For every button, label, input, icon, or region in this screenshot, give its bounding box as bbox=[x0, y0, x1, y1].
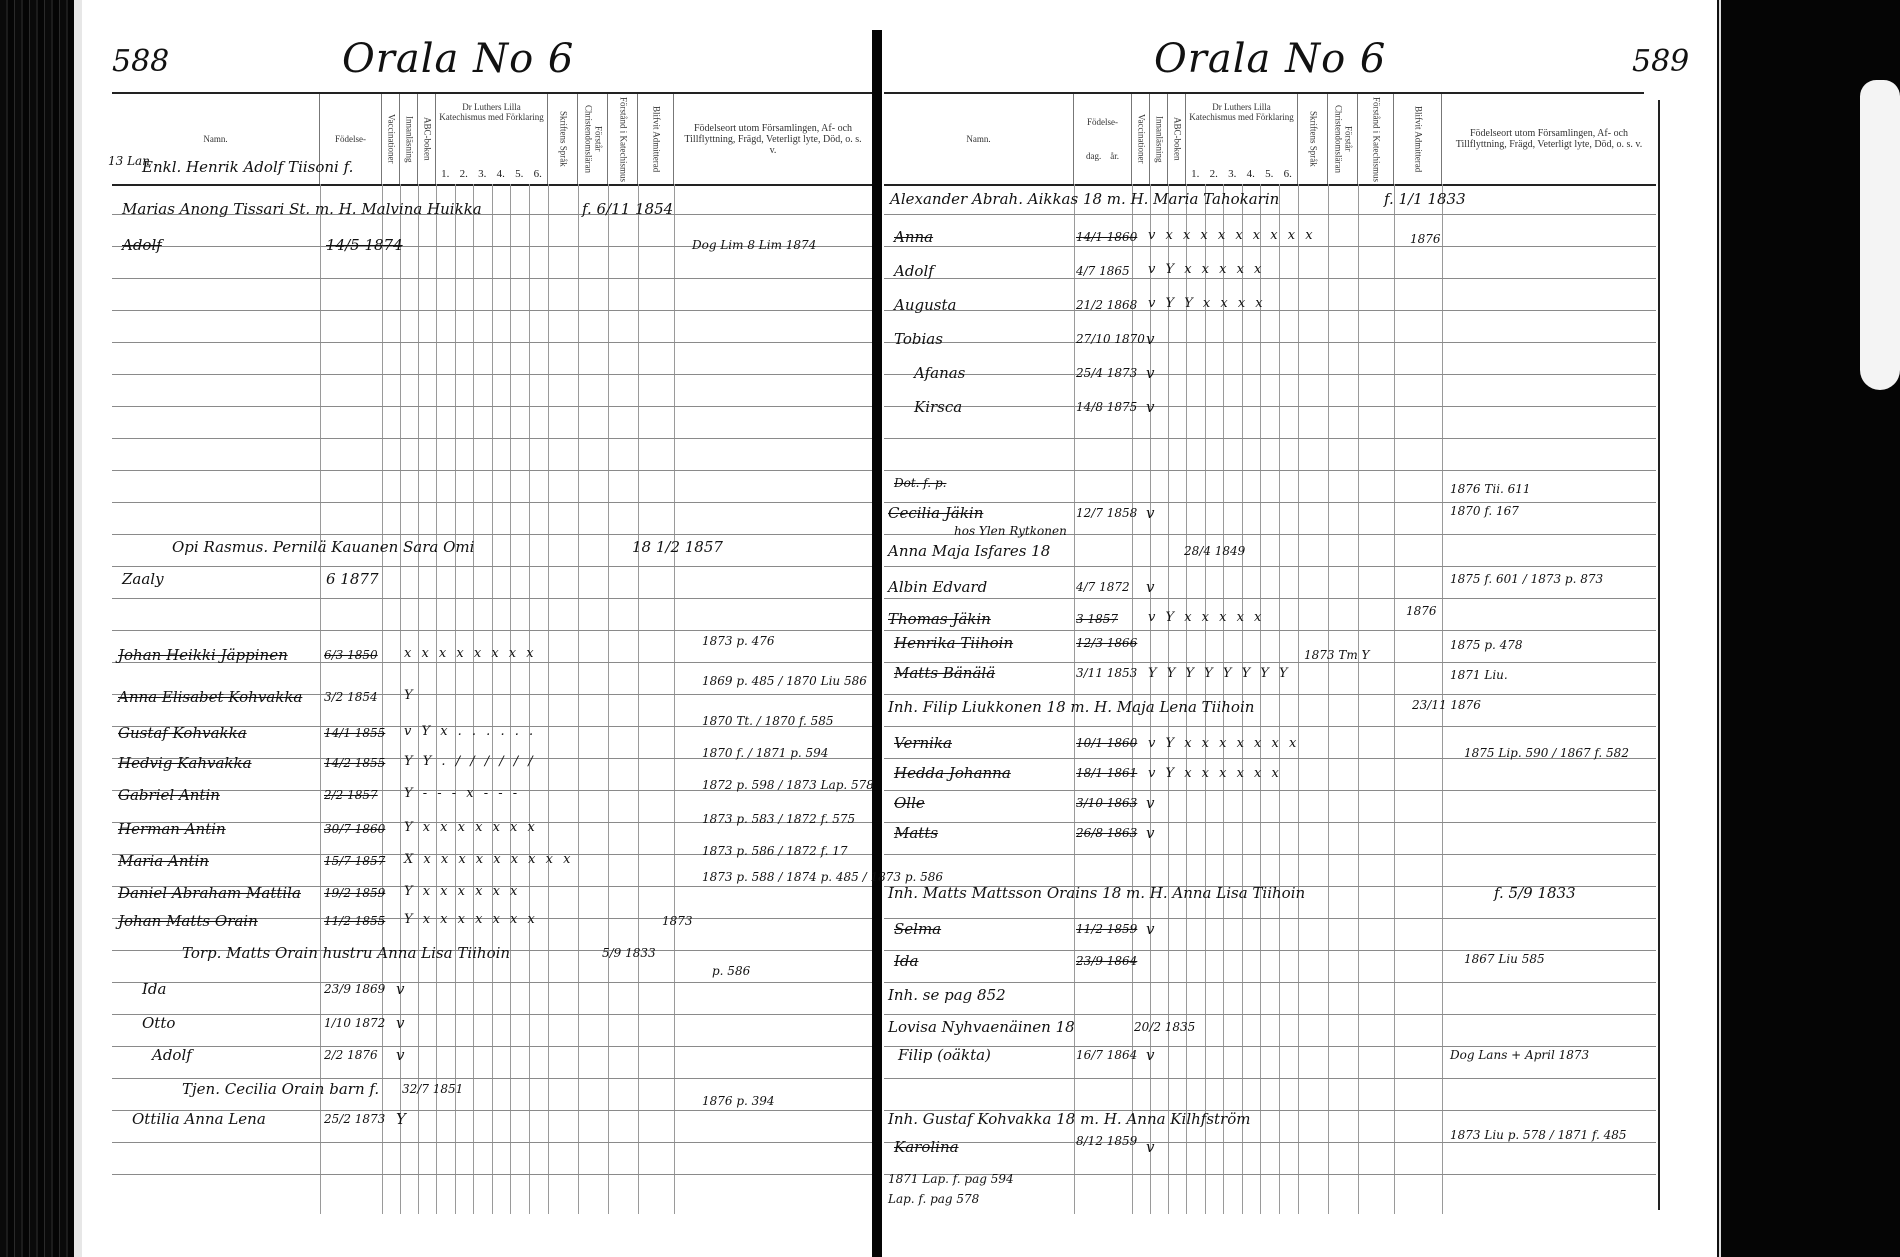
header-communion-label: Förstånd i Katechismus bbox=[618, 97, 628, 182]
entry-name: Thomas Jäkin bbox=[888, 610, 991, 628]
row-rule bbox=[112, 438, 872, 439]
row-rule bbox=[112, 1014, 872, 1015]
entry-marks: v bbox=[1146, 1046, 1154, 1064]
header-christianity: Förstår Christendomsläran bbox=[1328, 94, 1358, 184]
header-birth-day: dag. bbox=[1086, 151, 1101, 161]
header-admitted-label: Blifvit Admitterad bbox=[651, 106, 661, 172]
catechism-num: 3. bbox=[478, 168, 486, 180]
entry-name: Adolf bbox=[894, 262, 934, 280]
entry-birth: 10/1 1860 bbox=[1076, 736, 1137, 750]
entry-name: Olle bbox=[894, 794, 925, 812]
entry-name: Adolf bbox=[152, 1046, 192, 1064]
entry-birth: f. 1/1 1833 bbox=[1384, 190, 1466, 208]
header-birth-label: Födelse- bbox=[335, 134, 366, 144]
page-number-left: 588 bbox=[112, 44, 169, 79]
catechism-num: 1. bbox=[1191, 168, 1199, 180]
entry-birth: 1/10 1872 bbox=[324, 1016, 385, 1030]
grid-line bbox=[608, 184, 609, 1214]
entry-marks: Y bbox=[396, 1110, 406, 1128]
entry-name: Johan Matts Orain bbox=[118, 912, 258, 930]
entry-name: Opi Rasmus. Pernilä Kauanen Sara Omi bbox=[172, 538, 474, 556]
entry-name: Maria Antin bbox=[118, 852, 209, 870]
entry-name: Cecilia Jäkin bbox=[888, 504, 983, 522]
entry-notes: Dog Lans + April 1873 bbox=[1450, 1048, 1589, 1062]
entry-name: Marias Anong Tissari St. m. H. Malvina H… bbox=[122, 200, 482, 218]
entry-name: Matts Bänälä bbox=[894, 664, 995, 682]
entry-marks: v bbox=[1146, 578, 1154, 596]
row-rule bbox=[884, 726, 1656, 727]
header-notes: Födelseort utom Församlingen, Af- och Ti… bbox=[1442, 94, 1656, 184]
row-rule bbox=[884, 278, 1656, 279]
entry-marks: v bbox=[1146, 504, 1154, 522]
grid-line bbox=[382, 184, 383, 1214]
header-catechism-label: Dr Luthers Lilla Katechismus med Förklar… bbox=[438, 102, 545, 122]
header-written-language: Skriftens Språk bbox=[548, 94, 578, 184]
entry-birth: 2/2 1857 bbox=[324, 788, 378, 802]
entry-notes: 1873 bbox=[662, 914, 693, 928]
header-communion: Förstånd i Katechismus bbox=[1358, 94, 1394, 184]
header-birth: Födelse- dag. år. bbox=[1074, 94, 1132, 184]
entry-name: Ottilia Anna Lena bbox=[132, 1110, 266, 1128]
entry-birth: 3 1857 bbox=[1076, 612, 1118, 626]
grid-line bbox=[578, 184, 579, 1214]
entry-notes: 1876 bbox=[1406, 604, 1437, 618]
row-rule bbox=[884, 246, 1656, 247]
entry-name: Matts bbox=[894, 824, 938, 842]
header-catechism: Dr Luthers Lilla Katechismus med Förklar… bbox=[436, 94, 548, 184]
entry-marks: Y - - - x - - - bbox=[404, 786, 520, 801]
entry-birth: 21/2 1868 bbox=[1076, 298, 1137, 312]
entry-name: Kirsca bbox=[914, 398, 962, 416]
entry-name: Hedda Johanna bbox=[894, 764, 1011, 782]
entry-notes: 1875 p. 478 bbox=[1450, 638, 1523, 652]
header-written-language: Skriftens Språk bbox=[1298, 94, 1328, 184]
entry-marks: v Y x x x x x x x bbox=[1148, 736, 1299, 751]
header-vaccinated: Vaccinationer bbox=[382, 94, 400, 184]
catechism-num: 4. bbox=[1247, 168, 1255, 180]
village-title-right: Orala No 6 bbox=[1154, 36, 1386, 82]
header-communion-label: Förstånd i Katechismus bbox=[1371, 97, 1381, 182]
grid-line bbox=[548, 184, 549, 1214]
entry-birth: 14/1 1855 bbox=[324, 726, 385, 740]
grid-line bbox=[436, 184, 437, 1214]
entry-aside: 1873 Tm Y bbox=[1304, 648, 1369, 662]
entry-name: Adolf bbox=[122, 236, 162, 254]
row-rule bbox=[112, 598, 872, 599]
entry-birth: 14/5 1874 bbox=[326, 236, 403, 254]
column-header-right: Namn. Födelse- dag. år. Vaccinationer In… bbox=[884, 94, 1656, 186]
header-abc-label: ABC-boken bbox=[1172, 117, 1182, 161]
entry-name: Selma bbox=[894, 920, 941, 938]
row-rule bbox=[112, 1078, 872, 1079]
scan-edge-left bbox=[0, 0, 74, 1257]
entry-birth: 25/4 1873 bbox=[1076, 366, 1137, 380]
entry-birth: 16/7 1864 bbox=[1076, 1048, 1137, 1062]
entry-name: Ida bbox=[142, 980, 166, 998]
row-rule bbox=[112, 534, 872, 535]
entry-notes: 1870 Tt. / 1870 f. 585 bbox=[702, 714, 834, 728]
row-rule bbox=[884, 662, 1656, 663]
row-rule bbox=[112, 278, 872, 279]
row-rule bbox=[884, 598, 1656, 599]
entry-name: Karolina bbox=[894, 1138, 959, 1156]
catechism-numbers: 1. 2. 3. 4. 5. 6. bbox=[436, 168, 547, 180]
row-rule bbox=[112, 566, 872, 567]
entry-marks: v Y x x x x x bbox=[1148, 262, 1264, 277]
row-rule bbox=[112, 406, 872, 407]
header-birth-year: år. bbox=[1110, 151, 1119, 161]
row-rule bbox=[112, 630, 872, 631]
entry-notes: 1867 Liu 585 bbox=[1464, 952, 1545, 966]
entry-birth: 11/2 1855 bbox=[324, 914, 385, 928]
row-rule bbox=[884, 694, 1656, 695]
grid-line bbox=[510, 184, 511, 1214]
entry-notes: 1876 bbox=[1410, 232, 1441, 246]
entry-name: Henrika Tiihoin bbox=[894, 634, 1013, 652]
entry-marks: v Y x x x x x bbox=[1148, 610, 1264, 625]
entry-name: Vernika bbox=[894, 734, 952, 752]
scan-glare bbox=[1860, 80, 1900, 390]
page-right-border bbox=[1658, 100, 1660, 1210]
entry-notes: 1870 f. 167 bbox=[1450, 504, 1519, 518]
entry-name: Alexander Abrah. Aikkas 18 m. H. Maria T… bbox=[890, 190, 1279, 208]
entry-name: 1871 Lap. f. pag 594 bbox=[888, 1172, 1014, 1186]
grid-line bbox=[418, 184, 419, 1214]
row-rule bbox=[884, 310, 1656, 311]
grid-line bbox=[1260, 184, 1261, 1214]
header-admitted: Blifvit Admitterad bbox=[638, 94, 674, 184]
entry-notes: 1873 p. 583 / 1872 f. 575 bbox=[702, 812, 855, 826]
row-rule bbox=[884, 566, 1656, 567]
entry-name: Anna Maja Isfares 18 bbox=[888, 542, 1050, 560]
row-rule bbox=[884, 502, 1656, 503]
row-rule bbox=[884, 374, 1656, 375]
header-admitted-label: Blifvit Admitterad bbox=[1413, 106, 1423, 172]
entry-name: Filip (oäkta) bbox=[898, 1046, 991, 1064]
entry-marks: v Y Y x x x x bbox=[1148, 296, 1266, 311]
header-reading-label: Innanläsning bbox=[404, 116, 414, 163]
entry-marks: Y Y . / / / / / / bbox=[404, 754, 536, 769]
row-rule bbox=[112, 374, 872, 375]
right-page: Orala No 6 589 Namn. Födelse- dag. år. V… bbox=[884, 30, 1684, 1220]
catechism-num: 5. bbox=[515, 168, 523, 180]
entry-marks: v bbox=[1146, 330, 1154, 348]
row-rule bbox=[112, 470, 872, 471]
grid-line bbox=[455, 184, 456, 1214]
row-rule bbox=[112, 502, 872, 503]
header-catechism: Dr Luthers Lilla Katechismus med Förklar… bbox=[1186, 94, 1298, 184]
entry-birth: 4/7 1872 bbox=[1076, 580, 1130, 594]
entry-name: Daniel Abraham Mattila bbox=[118, 884, 301, 902]
entry-notes: 1875 Lip. 590 / 1867 f. 582 bbox=[1464, 746, 1629, 760]
entry-name: Torp. Matts Orain hustru Anna Lisa Tiiho… bbox=[182, 944, 510, 962]
entry-birth: 3/10 1863 bbox=[1076, 796, 1137, 810]
header-abc-label: ABC-boken bbox=[422, 117, 432, 161]
entry-birth: 28/4 1849 bbox=[1184, 544, 1245, 558]
entry-marks: Y x x x x x x bbox=[404, 884, 520, 899]
catechism-numbers: 1. 2. 3. 4. 5. 6. bbox=[1186, 168, 1297, 180]
entry-marks: v bbox=[1146, 364, 1154, 382]
header-written-language-label: Skriftens Språk bbox=[1308, 111, 1318, 167]
header-christianity-label: Förstår Christendomsläran bbox=[583, 94, 603, 184]
header-vaccinated-label: Vaccinationer bbox=[386, 114, 396, 163]
entry-name: Inh. Matts Mattsson Orains 18 m. H. Anna… bbox=[888, 884, 1305, 902]
entry-name: Inh. se pag 852 bbox=[888, 986, 1006, 1004]
entry-notes: 1873 p. 476 bbox=[702, 634, 775, 648]
page-edge-line bbox=[1712, 0, 1726, 1257]
row-rule bbox=[112, 342, 872, 343]
entry-birth: 32/7 1851 bbox=[402, 1082, 463, 1096]
grid-line bbox=[1328, 184, 1329, 1214]
entry-notes: 1873 p. 586 / 1872 f. 17 bbox=[702, 844, 848, 858]
entry-birth: 3/11 1853 bbox=[1076, 666, 1137, 680]
entry-birth: 14/2 1855 bbox=[324, 756, 385, 770]
entry-birth: 26/8 1863 bbox=[1076, 826, 1137, 840]
row-rule bbox=[884, 214, 1656, 215]
entry-notes: Dog Lim 8 Lim 1874 bbox=[692, 238, 816, 252]
header-name: Namn. bbox=[884, 94, 1074, 184]
entry-name: Lap. f. pag 578 bbox=[888, 1192, 979, 1206]
entry-notes: 1871 Liu. bbox=[1450, 668, 1508, 682]
entry-notes: 1872 p. 598 / 1873 Lap. 578 bbox=[702, 778, 874, 792]
row-rule bbox=[112, 1142, 872, 1143]
entry-birth: 27/10 1870 bbox=[1076, 332, 1145, 346]
entry-name: Johan Heikki Jäppinen bbox=[118, 646, 288, 664]
entry-marks: v Y x . . . . . . bbox=[404, 724, 536, 739]
catechism-num: 3. bbox=[1228, 168, 1236, 180]
row-rule bbox=[884, 630, 1656, 631]
header-admitted: Blifvit Admitterad bbox=[1394, 94, 1442, 184]
book-gutter bbox=[872, 30, 882, 1257]
row-rule bbox=[884, 950, 1656, 951]
entry-marks: v bbox=[1146, 398, 1154, 416]
grid-line bbox=[529, 184, 530, 1214]
row-rule bbox=[112, 1174, 872, 1175]
row-rule bbox=[884, 822, 1656, 823]
header-abc-book: ABC-boken bbox=[1168, 94, 1186, 184]
catechism-num: 2. bbox=[460, 168, 468, 180]
grid-line bbox=[638, 184, 639, 1214]
grid-line bbox=[473, 184, 474, 1214]
grid-line bbox=[320, 184, 321, 1214]
entry-name: Inh. Filip Liukkonen 18 m. H. Maja Lena … bbox=[888, 698, 1254, 716]
entry-name: Albin Edvard bbox=[888, 578, 987, 596]
entry-name: Lovisa Nyhvaenäinen 18 bbox=[888, 1018, 1075, 1036]
row-rule bbox=[112, 1046, 872, 1047]
entry-name: Inh. Gustaf Kohvakka 18 m. H. Anna Kilhf… bbox=[888, 1110, 1250, 1128]
entry-name: Gabriel Antin bbox=[118, 786, 220, 804]
catechism-num: 2. bbox=[1210, 168, 1218, 180]
header-christianity-label: Förstår Christendomsläran bbox=[1333, 94, 1353, 184]
entry-marks: Y bbox=[404, 688, 416, 703]
entry-birth: 3/2 1854 bbox=[324, 690, 378, 704]
entry-birth: 19/2 1859 bbox=[324, 886, 385, 900]
entry-marks: v bbox=[1146, 920, 1154, 938]
entry-marks: v bbox=[396, 980, 404, 998]
grid-line bbox=[1279, 184, 1280, 1214]
row-rule bbox=[884, 1142, 1656, 1143]
row-rule bbox=[884, 438, 1656, 439]
row-rule bbox=[884, 918, 1656, 919]
entry-marks: Y x x x x x x x bbox=[404, 820, 538, 835]
header-vaccinated-label: Vaccinationer bbox=[1136, 114, 1146, 163]
entry-birth: 23/11 1876 bbox=[1412, 698, 1481, 712]
row-rule bbox=[884, 982, 1656, 983]
entry-birth: 25/2 1873 bbox=[324, 1112, 385, 1126]
entry-name: Zaaly bbox=[122, 570, 164, 588]
header-vaccinated: Vaccinationer bbox=[1132, 94, 1150, 184]
header-communion: Förstånd i Katechismus bbox=[608, 94, 638, 184]
entry-name: Dot. f. p. bbox=[894, 476, 946, 490]
entry-marks: v bbox=[1146, 1138, 1154, 1156]
entry-birth: 5/9 1833 bbox=[602, 946, 656, 960]
entry-name: Gustaf Kohvakka bbox=[118, 724, 247, 742]
entry-notes: 1873 Liu p. 578 / 1871 f. 485 bbox=[1450, 1128, 1627, 1142]
left-page: 588 Orala No 6 Namn. Födelse- Vaccinatio… bbox=[112, 30, 872, 1220]
entry-birth: 23/9 1869 bbox=[324, 982, 385, 996]
catechism-num: 1. bbox=[441, 168, 449, 180]
entry-marks: v bbox=[1146, 794, 1154, 812]
entry-birth: 6/3 1850 bbox=[324, 648, 378, 662]
entry-notes: 1870 f. / 1871 p. 594 bbox=[702, 746, 828, 760]
entry-name: Tjen. Cecilia Orain barn f. bbox=[182, 1080, 379, 1098]
row-rule bbox=[884, 1046, 1656, 1047]
entry-marks: Y Y Y Y Y Y Y Y bbox=[1148, 666, 1291, 681]
grid-line bbox=[1394, 184, 1395, 1214]
entry-birth: 18 1/2 1857 bbox=[632, 538, 723, 556]
entry-marks: v Y x x x x x x bbox=[1148, 766, 1282, 781]
entry-birth: 2/2 1876 bbox=[324, 1048, 378, 1062]
entry-name: Enkl. Henrik Adolf Tiisoni f. bbox=[142, 158, 353, 176]
entry-name: Augusta bbox=[894, 296, 956, 314]
entry-above-note: hos Ylen Rytkonen bbox=[954, 524, 1067, 538]
entry-birth: 20/2 1835 bbox=[1134, 1020, 1195, 1034]
entry-marks: X x x x x x x x x x bbox=[404, 852, 573, 867]
page-number-right: 589 bbox=[1632, 44, 1689, 79]
entry-birth: f. 6/11 1854 bbox=[582, 200, 673, 218]
header-reading: Innanläsning bbox=[400, 94, 418, 184]
header-abc-book: ABC-boken bbox=[418, 94, 436, 184]
entry-birth: f. 5/9 1833 bbox=[1494, 884, 1576, 902]
entry-birth: 8/12 1859 bbox=[1076, 1134, 1137, 1148]
entry-notes: 1875 f. 601 / 1873 p. 873 bbox=[1450, 572, 1603, 586]
entry-birth: 4/7 1865 bbox=[1076, 264, 1130, 278]
scan-edge-left-strip bbox=[74, 0, 82, 1257]
row-rule bbox=[884, 342, 1656, 343]
village-title-left: Orala No 6 bbox=[342, 36, 574, 82]
entry-birth: 14/1 1860 bbox=[1076, 230, 1137, 244]
grid-line bbox=[492, 184, 493, 1214]
entry-notes: p. 586 bbox=[712, 964, 750, 978]
entry-birth: 15/7 1857 bbox=[324, 854, 385, 868]
grid-line bbox=[1298, 184, 1299, 1214]
entry-birth: 12/7 1858 bbox=[1076, 506, 1137, 520]
entry-birth: 14/8 1875 bbox=[1076, 400, 1137, 414]
scan-edge-right bbox=[1712, 0, 1900, 1257]
row-rule bbox=[884, 406, 1656, 407]
header-reading: Innanläsning bbox=[1150, 94, 1168, 184]
entry-birth: 30/7 1860 bbox=[324, 822, 385, 836]
entry-birth: 6 1877 bbox=[326, 570, 379, 588]
catechism-num: 4. bbox=[497, 168, 505, 180]
entry-marks: Y x x x x x x x bbox=[404, 912, 538, 927]
entry-name: Anna bbox=[894, 228, 933, 246]
entry-name: Afanas bbox=[914, 364, 965, 382]
row-rule bbox=[884, 854, 1656, 855]
row-rule bbox=[884, 790, 1656, 791]
header-reading-label: Innanläsning bbox=[1154, 116, 1164, 163]
catechism-num: 5. bbox=[1265, 168, 1273, 180]
entry-marks: x x x x x x x x bbox=[404, 646, 537, 661]
entry-notes: 1869 p. 485 / 1870 Liu 586 bbox=[702, 674, 867, 688]
entry-name: Hedvig Kahvakka bbox=[118, 754, 252, 772]
row-rule bbox=[884, 1014, 1656, 1015]
entry-birth: 18/1 1861 bbox=[1076, 766, 1137, 780]
entry-name: Herman Antin bbox=[118, 820, 226, 838]
header-notes: Födelseort utom Församlingen, Af- och Ti… bbox=[674, 94, 872, 184]
entry-notes: 1876 p. 394 bbox=[702, 1094, 775, 1108]
entry-marks: v bbox=[396, 1014, 404, 1032]
header-birth-label: Födelse- bbox=[1087, 117, 1118, 127]
entry-birth: 12/3 1866 bbox=[1076, 636, 1137, 650]
row-rule bbox=[112, 982, 872, 983]
row-rule bbox=[884, 470, 1656, 471]
catechism-num: 6. bbox=[534, 168, 542, 180]
entry-birth: 11/2 1859 bbox=[1076, 922, 1137, 936]
row-rule bbox=[112, 310, 872, 311]
catechism-num: 6. bbox=[1284, 168, 1292, 180]
entry-name: Otto bbox=[142, 1014, 175, 1032]
entry-name: Tobias bbox=[894, 330, 943, 348]
grid-line bbox=[1358, 184, 1359, 1214]
entry-marks: v x x x x x x x x x bbox=[1148, 228, 1316, 243]
entry-name: Anna Elisabet Kohvakka bbox=[118, 688, 302, 706]
header-written-language-label: Skriftens Språk bbox=[558, 111, 568, 167]
header-christianity: Förstår Christendomsläran bbox=[578, 94, 608, 184]
entry-birth: 23/9 1864 bbox=[1076, 954, 1137, 968]
entry-name: Ida bbox=[894, 952, 918, 970]
header-catechism-label: Dr Luthers Lilla Katechismus med Förklar… bbox=[1188, 102, 1295, 122]
grid-line bbox=[674, 184, 675, 1214]
row-rule bbox=[884, 1078, 1656, 1079]
entry-marks: v bbox=[396, 1046, 404, 1064]
entry-notes: 1876 Tii. 611 bbox=[1450, 482, 1531, 496]
entry-marks: v bbox=[1146, 824, 1154, 842]
